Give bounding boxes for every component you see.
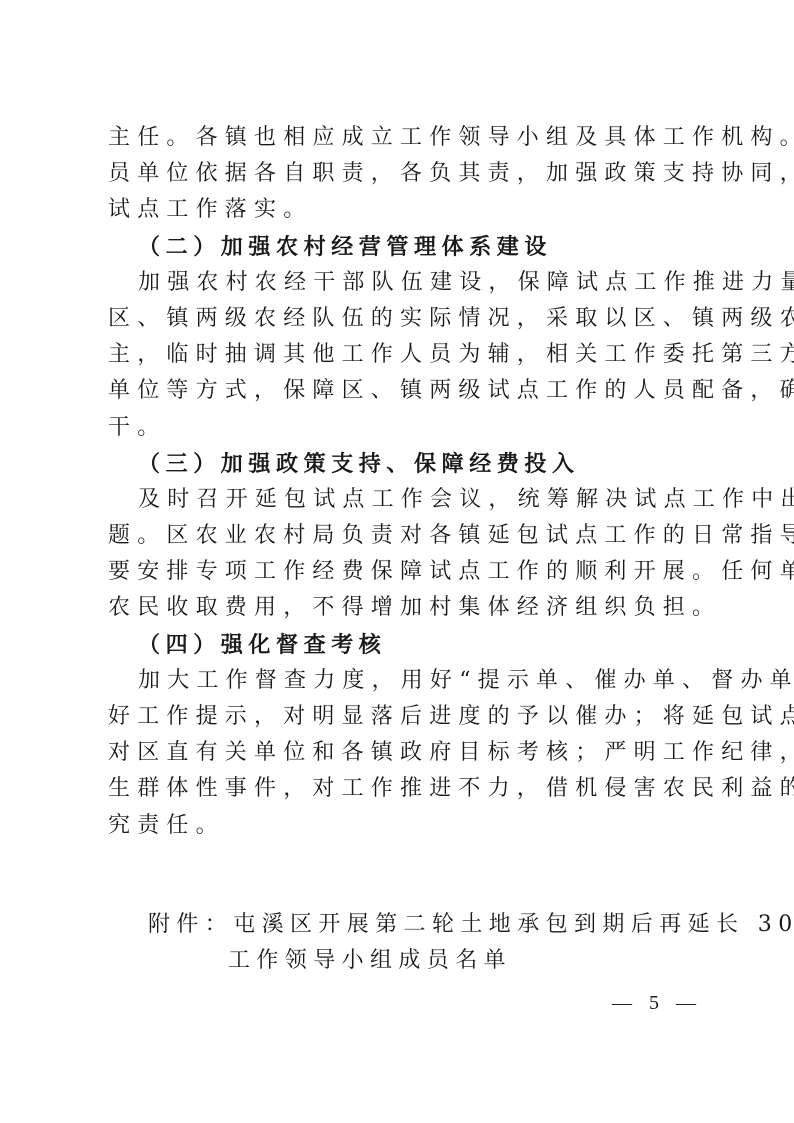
text-line: 加强农村农经干部队伍建设，保障试点工作推进力量。根据	[108, 265, 708, 301]
document-body: 主任。各镇也相应成立工作领导小组及具体工作机构。同时各成 员单位依据各自职责，各…	[108, 120, 708, 844]
attachment-line: 工作领导小组成员名单	[148, 943, 794, 979]
text-line: 主，临时抽调其他工作人员为辅，相关工作委托第三方技术服务	[108, 337, 708, 373]
text-line: 试点工作落实。	[108, 192, 708, 228]
attachment-note: 附件：屯溪区开展第二轮土地承包到期后再延长 30 年试点 工作领导小组成员名单	[148, 907, 794, 979]
text-line: 员单位依据各自职责，各负其责，加强政策支持协同，推动延包	[108, 156, 708, 192]
section-4: （四）强化督查考核 加大工作督查力度，用好“提示单、催办单、督办单”，做 好工作…	[108, 627, 708, 844]
section-heading: （二）加强农村经营管理体系建设	[108, 229, 708, 265]
section-heading: （四）强化督查考核	[108, 627, 708, 663]
text-line: 生群体性事件，对工作推进不力，借机侵害农民利益的将严格追	[108, 771, 708, 807]
text-line: 究责任。	[108, 808, 708, 844]
section-heading: （三）加强政策支持、保障经费投入	[108, 446, 708, 482]
section-3: （三）加强政策支持、保障经费投入 及时召开延包试点工作会议，统筹解决试点工作中出…	[108, 446, 708, 627]
text-line: 农民收取费用，不得增加村集体经济组织负担。	[108, 590, 708, 626]
text-line: 题。区农业农村局负责对各镇延包试点工作的日常指导，区财政	[108, 518, 708, 554]
text-line: 及时召开延包试点工作会议，统筹解决试点工作中出现的问	[108, 482, 708, 518]
section-2: （二）加强农村经营管理体系建设 加强农村农经干部队伍建设，保障试点工作推进力量。…	[108, 229, 708, 446]
page-number: — 5 —	[612, 992, 702, 1015]
document-page: 主任。各镇也相应成立工作领导小组及具体工作机构。同时各成 员单位依据各自职责，各…	[0, 0, 794, 1123]
text-line: 加大工作督查力度，用好“提示单、催办单、督办单”，做	[108, 663, 708, 699]
text-line: 区、镇两级农经队伍的实际情况，采取以区、镇两级农经人员为	[108, 301, 708, 337]
text-line: 好工作提示，对明显落后进度的予以催办；将延包试点工作纳入	[108, 699, 708, 735]
text-line: 对区直有关单位和各镇政府目标考核；严明工作纪律，确保不发	[108, 735, 708, 771]
text-line: 单位等方式，保障区、镇两级试点工作的人员配备，确保事有人	[108, 373, 708, 409]
text-line: 主任。各镇也相应成立工作领导小组及具体工作机构。同时各成	[108, 120, 708, 156]
text-line: 干。	[108, 410, 708, 446]
attachment-line: 附件：屯溪区开展第二轮土地承包到期后再延长 30 年试点	[148, 907, 794, 943]
paragraph-continuation: 主任。各镇也相应成立工作领导小组及具体工作机构。同时各成 员单位依据各自职责，各…	[108, 120, 708, 229]
text-line: 要安排专项工作经费保障试点工作的顺利开展。任何单位不得向	[108, 554, 708, 590]
